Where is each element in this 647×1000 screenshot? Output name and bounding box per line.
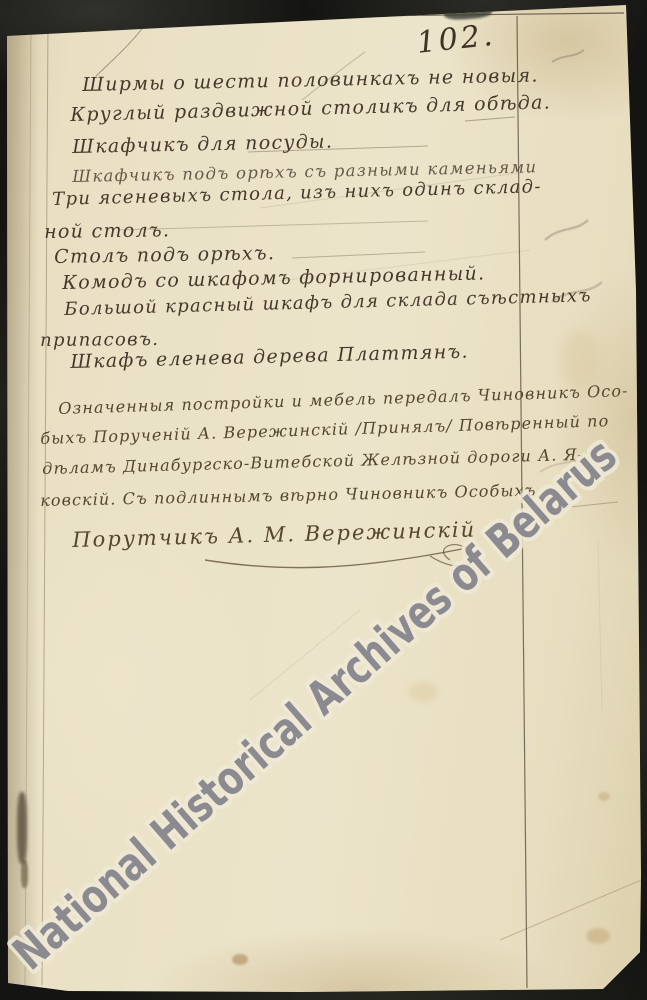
archive-watermark: National Historical Archives of Belarus …: [0, 0, 647, 1000]
scanned-archival-page: 102. Ширмы о шести половинкахъ не новыя.…: [0, 0, 647, 1000]
watermark-text: National Historical Archives of Belarus: [2, 428, 626, 980]
